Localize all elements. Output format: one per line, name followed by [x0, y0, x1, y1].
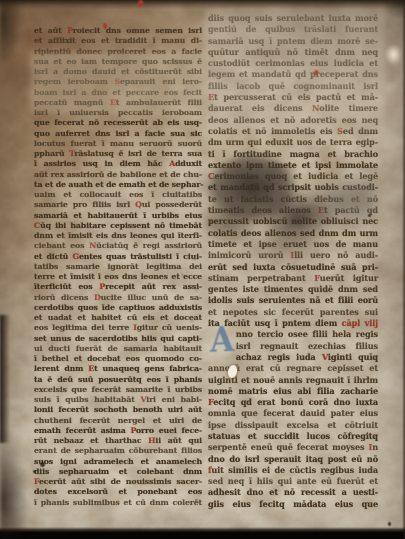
manuscript-text-line: filiis iacob quē cognominauit isrl [208, 81, 378, 92]
manuscript-text-line: dnm et īmisit eis dns leones qui īterfi- [34, 231, 202, 241]
manuscript-text-line: uaim et collocauit eos ī ciuitatibs [34, 190, 202, 200]
manuscript-text-line: gentiū de quibus trāslati fuerant [208, 24, 378, 35]
photo-edge-bottom [0, 527, 405, 539]
manuscript-text-line: suis ī quibs habitabāt Viri eni babi- [34, 395, 202, 405]
manuscript-text-line: ī assirios usq in diem hāc Adduxit [34, 159, 202, 169]
manuscript-text-line: tatibs samarie ignorāt legitima dei [34, 262, 202, 272]
manuscript-text-line: timeatis deos alienos Et pactū qd [208, 205, 378, 216]
manuscript-text-line: rūt nebaaz et tharthac Hii aūt qui [34, 436, 202, 446]
photo-edge-top [0, 0, 405, 9]
manuscript-text-line: statuas et succidit lucos cōfregitq [208, 431, 378, 442]
manuscript-text-line: ipse dissipauit excelsa et cōtriuit [208, 420, 378, 431]
corner-shadow-topleft [0, 0, 22, 64]
manuscript-text-line: colatis et nō immoletis eis Sed dnm [208, 126, 378, 137]
rubricated-letter: cāpl viij [342, 318, 378, 328]
manuscript-text-line: gentes iste timentes quidē dnm sed [208, 284, 378, 295]
manuscript-text-line: erūt sed iuxta cōsuetudinē suā pri- [208, 262, 378, 273]
dark-speck [388, 522, 391, 526]
manuscript-text-line: aūt rex assiriorū de babilone et de chu- [34, 170, 202, 180]
manuscript-text-line: idolis suis seruientes nā et filii eorū [208, 295, 378, 306]
manuscript-text-line: ī phanis sublimibus et cū dnm colerēt [34, 498, 202, 508]
manuscript-text-line: excelsis que fecerāt samarite ī urbibs [34, 385, 202, 395]
manuscript-text-line: et uadat et habitet cū eis et doceat [34, 313, 202, 323]
manuscript-text-line: lerent dnm Et unaqueq gens fabrica- [34, 364, 202, 374]
corner-shadow-bottomleft [0, 438, 28, 539]
manuscript-text-line: dno do isrl sperauit itaq post eū nō [208, 454, 378, 465]
parchment-bright-spot [385, 44, 402, 65]
manuscript-text-line: eos legitima dei terre Igitur cū uenis- [34, 323, 202, 333]
manuscript-text-line: set unus de sacerdotibs hiis qui capti- [34, 334, 202, 344]
manuscript-text-line: diis sepharuaim et colebant dnm [34, 467, 202, 477]
manuscript-text-line: īterficiūt eos Precepit aūt rex assi- [34, 282, 202, 292]
manuscript-text-line: ppharū Trāslatusq ē isrl de terra sua [34, 149, 202, 159]
manuscript-photo: et aūt Proiecit dns omne semen isrlet af… [0, 0, 405, 539]
manuscript-text-line: lonii fecerūt sochoth benoth uiri aūt [34, 405, 202, 415]
manuscript-text-line: adhesit dno et nō recessit a uesti- [208, 487, 378, 498]
manuscript-text-line: Fecerūt aūt sibi de nouissimis sacer- [34, 477, 202, 487]
manuscript-text-line: et nepotes sic fecerūt parentes sui [208, 307, 378, 318]
manuscript-text-line: annorū erat cū regnare cepisset et [208, 363, 378, 374]
manuscript-text-line: et aūt Proiecit dns omne semen isrl [34, 26, 202, 36]
manuscript-text-line: extento ipm timete et ipsi immolate [208, 160, 378, 171]
manuscript-text-line: diis quoq suis seruiebant iuxta morē [208, 13, 378, 24]
manuscript-text-line: sua et eo iam tempore quo scissus ē [34, 57, 202, 67]
manuscript-text-line: et afflixit eos et tradidit ī manu di- [34, 36, 202, 46]
manuscript-text-line: locutus fuerat ī manu seruorū suorū [34, 139, 202, 149]
manuscript-text-line: regem ieroboam Separauit eni iero- [34, 77, 202, 87]
manuscript-text-line: ripientiū donec proiceret eos a facie [34, 47, 202, 57]
manuscript-text-line: sed neq ī hiis qui ante eū fuerūt et [208, 476, 378, 487]
manuscript-text-line: dotes excelsorū et ponebant eos [34, 487, 202, 497]
red-pigment-speck [137, 0, 144, 8]
photo-edge-left [0, 315, 10, 443]
manuscript-text-line: legem et mandatū qd preceperat dns [208, 69, 378, 80]
manuscript-text-line: stinam perpetrabant Fuerūt igitur [208, 273, 378, 284]
manuscript-text-line: que fecerat nō recesserūt ab eis usq- [34, 118, 202, 128]
manuscript-text-line: riorū dicens Ducite illuc unū de sa- [34, 293, 202, 303]
manuscript-text-line: fuit similis ei de cūctis regibus iuda [208, 465, 378, 476]
manuscript-text-line: emath fecerūt asima Porro euei fece- [34, 426, 202, 436]
manuscript-text-line: quo auferret dns isrl a facie sua sic [34, 129, 202, 139]
illuminated-initial: A [209, 319, 234, 360]
manuscript-text-line: isrl a domo dauid et cōstituerūt sibi [34, 67, 202, 77]
manuscript-text-line: colatis deos alienos sed dnm dm urm [208, 228, 378, 239]
manuscript-text-line: deos alienos et nō adoretis eos neq [208, 115, 378, 126]
manuscript-text-line: dauerat eis dicens Nolite timere [208, 103, 378, 114]
text-column-left: et aūt Proiecit dns omne semen isrlet af… [34, 26, 202, 508]
manuscript-text-line: te ut faciatis cūctis diebus et nō [208, 194, 378, 205]
rubricated-letter: D [94, 293, 101, 302]
manuscript-text-line: timete et ipse eruet uos de manu [208, 239, 378, 250]
manuscript-text-line: et mandatū qd scripsit uobis custodi- [208, 182, 378, 193]
manuscript-text-line: erant de sepharuaim cōburebant filios [34, 446, 202, 456]
manuscript-text-line: Et percusserat cū eis pactū et mā- [208, 92, 378, 103]
manuscript-text-line: Fecitq qd erat bonū corā dno iuxta [208, 397, 378, 408]
manuscript-text-line: Cūq ibi habitare cepissent nō timebāt [34, 221, 202, 231]
manuscript-text-line: custodiūt cerimonias eius iudicia et [208, 58, 378, 69]
manuscript-text-line: boam isrl a dno et peccare eos fecit [34, 88, 202, 98]
manuscript-text-line: isrl ī uniuersis peccatis ieroboam [34, 108, 202, 118]
manuscript-text-line: chutheni fecerūt nergel et uiri de [34, 416, 202, 426]
manuscript-text-line: serpentē eneū quē fecerat moyses In [208, 442, 378, 453]
manuscript-text-line: dm urm qui eduxit uos de terra egip- [208, 137, 378, 148]
manuscript-text-line: percussit uobiscū nolite obliuisci nec [208, 216, 378, 227]
manuscript-text-line: quūtur antiquū nō timēt dnm neq [208, 47, 378, 58]
manuscript-text-line: uiginti et nouē annis regnauit ī ihrlm [208, 375, 378, 386]
corner-shadow-topright [385, 0, 405, 18]
rubricated-letter: Q [135, 200, 142, 209]
manuscript-text-line: ti ī fortitudine magna et brachio [208, 149, 378, 160]
manuscript-text-line: ī bethel et docebat eos quomodo co- [34, 354, 202, 364]
manuscript-text-line: samariā usq ī pntem diem morē se- [208, 36, 378, 47]
parchment-page: et aūt Proiecit dns omne semen isrlet af… [0, 0, 405, 539]
manuscript-text-line: samarie pro filiis isrl Qui possederūt [34, 200, 202, 210]
manuscript-text-line: omnia que fecerat dauid pater eius [208, 408, 378, 419]
manuscript-text-line: ta ē deū suū posuerūtq eos ī phanis [34, 375, 202, 385]
manuscript-text-line: peccatū magnū Et ambulauerūt filii [34, 98, 202, 108]
manuscript-text-line: cerdotibs quos īde captiuos adduxistis [34, 303, 202, 313]
manuscript-text-line: et dictū Gentes quas trāstulisti ī ciui- [34, 252, 202, 262]
manuscript-text-line: inimicorū urorū Illi uero nō audi- [208, 250, 378, 261]
manuscript-text-line: ciebant eos Nūciatūq ē regi assiriorū [34, 241, 202, 251]
manuscript-text-line: terre et īmisit ī eos dns leones et ecce [34, 272, 202, 282]
manuscript-text-line: Cerimonias quoq et iudicia et legē [208, 171, 378, 182]
manuscript-text-line: samariā et habitauerūt ī urbibs eius [34, 211, 202, 221]
text-column-right: diis quoq suis seruiebant iuxta morēgent… [208, 13, 378, 510]
manuscript-text-line: nomē matris eius abi filia zacharie [208, 386, 378, 397]
manuscript-text-line: giis eius fecitq mādata eius que [208, 499, 378, 510]
manuscript-text-line: suos igni adramelech et anamelech [34, 457, 202, 467]
manuscript-text-line: ta et de auath et de emath et de sephar- [34, 180, 202, 190]
manuscript-text-line: ui ducti fuerāt de samaria habitauit [34, 344, 202, 354]
